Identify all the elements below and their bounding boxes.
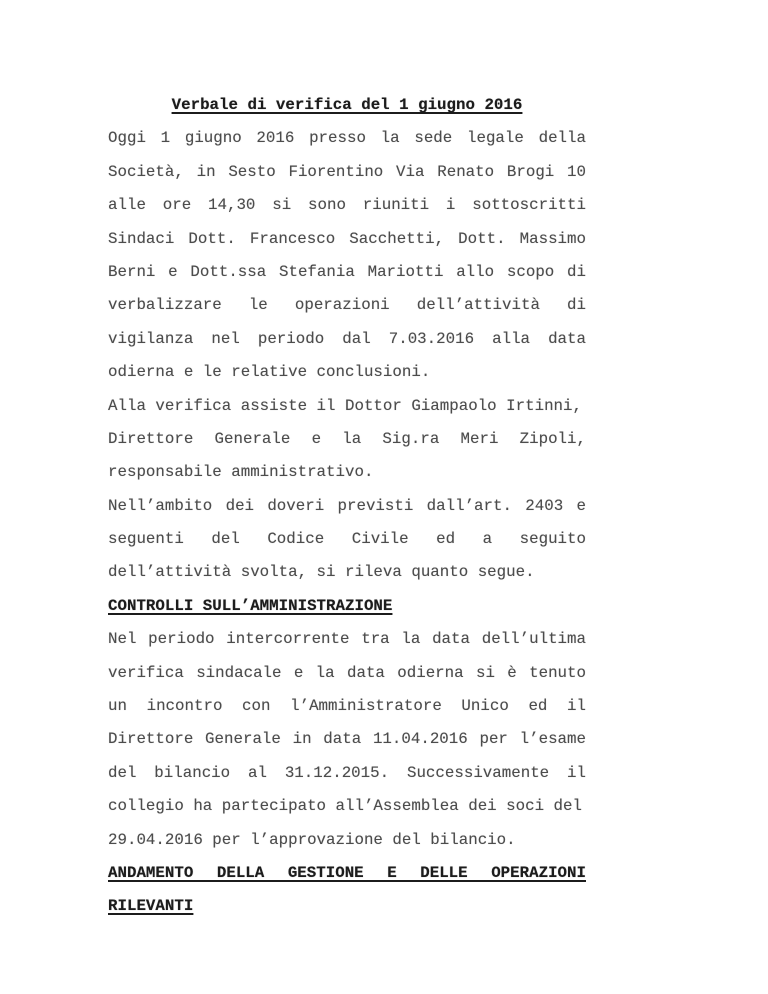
text-line: Sindaci Dott. Francesco Sacchetti, Dott.… <box>108 223 586 256</box>
section-heading: RILEVANTI <box>108 890 586 923</box>
text-line: Nel periodo intercorrente tra la data de… <box>108 623 586 656</box>
document-body: Verbale di verifica del 1 giugno 2016Ogg… <box>108 89 586 924</box>
text-line: Nell’ambito dei doveri previsti dall’art… <box>108 490 586 523</box>
text-line: del bilancio al 31.12.2015. Successivame… <box>108 757 586 790</box>
text-line: dell’attività svolta, si rileva quanto s… <box>108 556 586 589</box>
document-page: Verbale di verifica del 1 giugno 2016Ogg… <box>0 0 768 994</box>
text-line: 29.04.2016 per l’approvazione del bilanc… <box>108 824 586 857</box>
text-line: un incontro con l’Amministratore Unico e… <box>108 690 586 723</box>
section-heading: ANDAMENTO DELLA GESTIONE E DELLE OPERAZI… <box>108 857 586 890</box>
text-line: Società, in Sesto Fiorentino Via Renato … <box>108 156 586 189</box>
document-title: Verbale di verifica del 1 giugno 2016 <box>108 89 586 122</box>
text-line: collegio ha partecipato all’Assemblea de… <box>108 790 586 823</box>
text-line: responsabile amministrativo. <box>108 456 586 489</box>
text-line: Direttore Generale in data 11.04.2016 pe… <box>108 723 586 756</box>
text-line: Alla verifica assiste il Dottor Giampaol… <box>108 390 586 423</box>
text-line: Direttore Generale e la Sig.ra Meri Zipo… <box>108 423 586 456</box>
text-line: verifica sindacale e la data odierna si … <box>108 657 586 690</box>
text-line: alle ore 14,30 si sono riuniti i sottosc… <box>108 189 586 222</box>
text-line: Berni e Dott.ssa Stefania Mariotti allo … <box>108 256 586 289</box>
text-line: verbalizzare le operazioni dell’attività… <box>108 289 586 322</box>
text-line: vigilanza nel periodo dal 7.03.2016 alla… <box>108 323 586 356</box>
text-line: odierna e le relative conclusioni. <box>108 356 586 389</box>
text-line: Oggi 1 giugno 2016 presso la sede legale… <box>108 122 586 155</box>
text-line: seguenti del Codice Civile ed a seguito <box>108 523 586 556</box>
section-heading: CONTROLLI SULL’AMMINISTRAZIONE <box>108 590 586 623</box>
